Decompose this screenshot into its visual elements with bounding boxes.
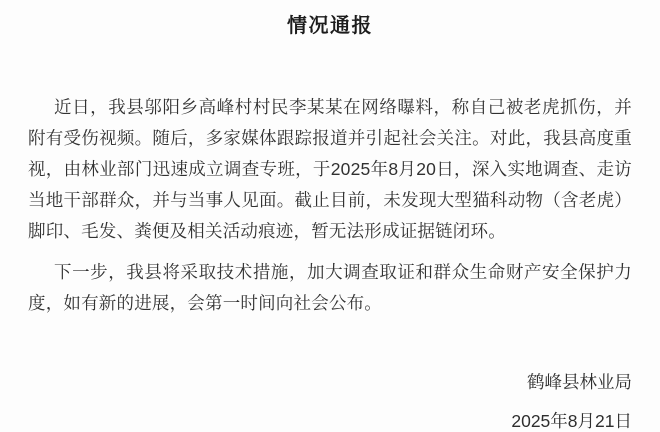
notice-document: 情况通报 近日，我县邬阳乡高峰村村民李某某在网络曝料，称自己被老虎抓伤，并附有受… [0, 0, 660, 432]
document-body: 近日，我县邬阳乡高峰村村民李某某在网络曝料，称自己被老虎抓伤，并附有受伤视频。随… [28, 92, 632, 319]
document-title: 情况通报 [28, 0, 632, 38]
paragraph-next-steps: 下一步，我县将采取技术措施，加大调查取证和群众生命财产安全保护力度，如有新的进展… [28, 257, 632, 319]
paragraph-investigation: 近日，我县邬阳乡高峰村村民李某某在网络曝料，称自己被老虎抓伤，并附有受伤视频。随… [28, 92, 632, 247]
issue-date: 2025年8月21日 [28, 406, 632, 432]
issuer-signature: 鹤峰县林业局 [28, 367, 632, 398]
